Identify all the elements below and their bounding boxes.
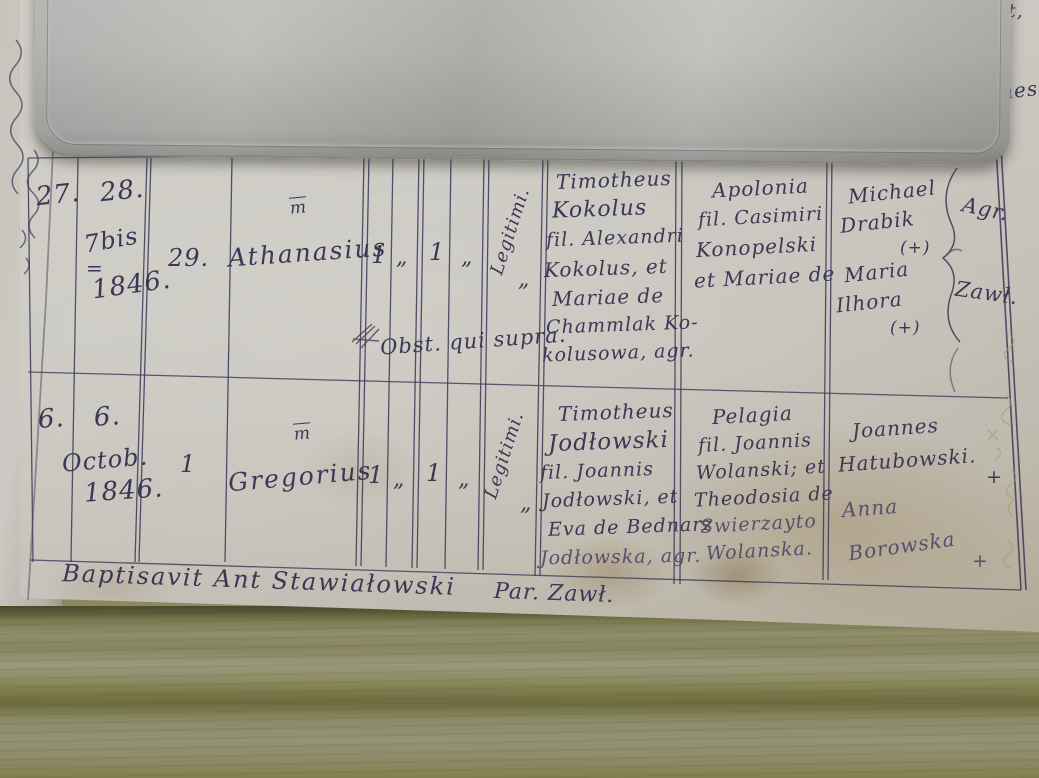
cover-stitch-line — [46, 0, 1002, 154]
mother-line: Apolonia — [712, 175, 810, 201]
tally-mark: 1 — [371, 243, 387, 268]
ditto-mark: „ — [393, 468, 405, 491]
entry-year: 1846. — [83, 475, 164, 508]
entry-day-alt: 6. — [93, 403, 122, 432]
ditto-mark: „ — [520, 492, 532, 515]
ditto-mark: „ — [461, 246, 473, 269]
ditto-mark: „ — [458, 468, 470, 491]
parish-note: Par. Zawł. — [494, 580, 615, 607]
tally-mark: 1 — [368, 463, 384, 488]
father-line-struck: Jodłowska, agr. — [540, 547, 702, 570]
entry-day: 27. — [35, 180, 82, 212]
witness-cross-mark: (+) — [890, 320, 921, 338]
gender-mark: m — [289, 199, 308, 218]
tally-mark: 1 — [429, 240, 445, 265]
tally-mark: 1 — [426, 461, 442, 486]
witness-cross-mark: (+) — [900, 240, 931, 258]
father-line: Kokolus — [552, 196, 648, 222]
godparent-line: Anna — [841, 496, 898, 521]
entry-day-alt: 28. — [99, 176, 146, 208]
entry-day: 6. — [37, 405, 66, 434]
ditto-mark: „ — [518, 268, 530, 291]
father-line: fil. Joannis — [540, 460, 655, 484]
father-line: Mariae de — [552, 285, 665, 310]
mother-line: Pelagia — [712, 403, 794, 428]
gender-mark: m — [293, 425, 312, 444]
photo-of-baptismal-register: { "register": { "rows": [ { "day": "27."… — [0, 0, 1039, 778]
witness-cross-mark: + — [986, 468, 1003, 488]
entry-serial-number: 1 — [180, 452, 196, 477]
father-line: Jodłowski — [548, 428, 670, 456]
witness-cross-mark: + — [972, 552, 989, 572]
father-line: Timotheus — [556, 168, 672, 193]
ditto-mark: „ — [396, 246, 408, 269]
father-line: Timotheus — [558, 400, 674, 425]
bleed-through-marks — [988, 335, 1016, 569]
entry-serial-number: 29. — [168, 246, 209, 271]
father-line: Kokolus, et — [544, 256, 668, 281]
gray-leather-book-cover — [34, 0, 1012, 165]
